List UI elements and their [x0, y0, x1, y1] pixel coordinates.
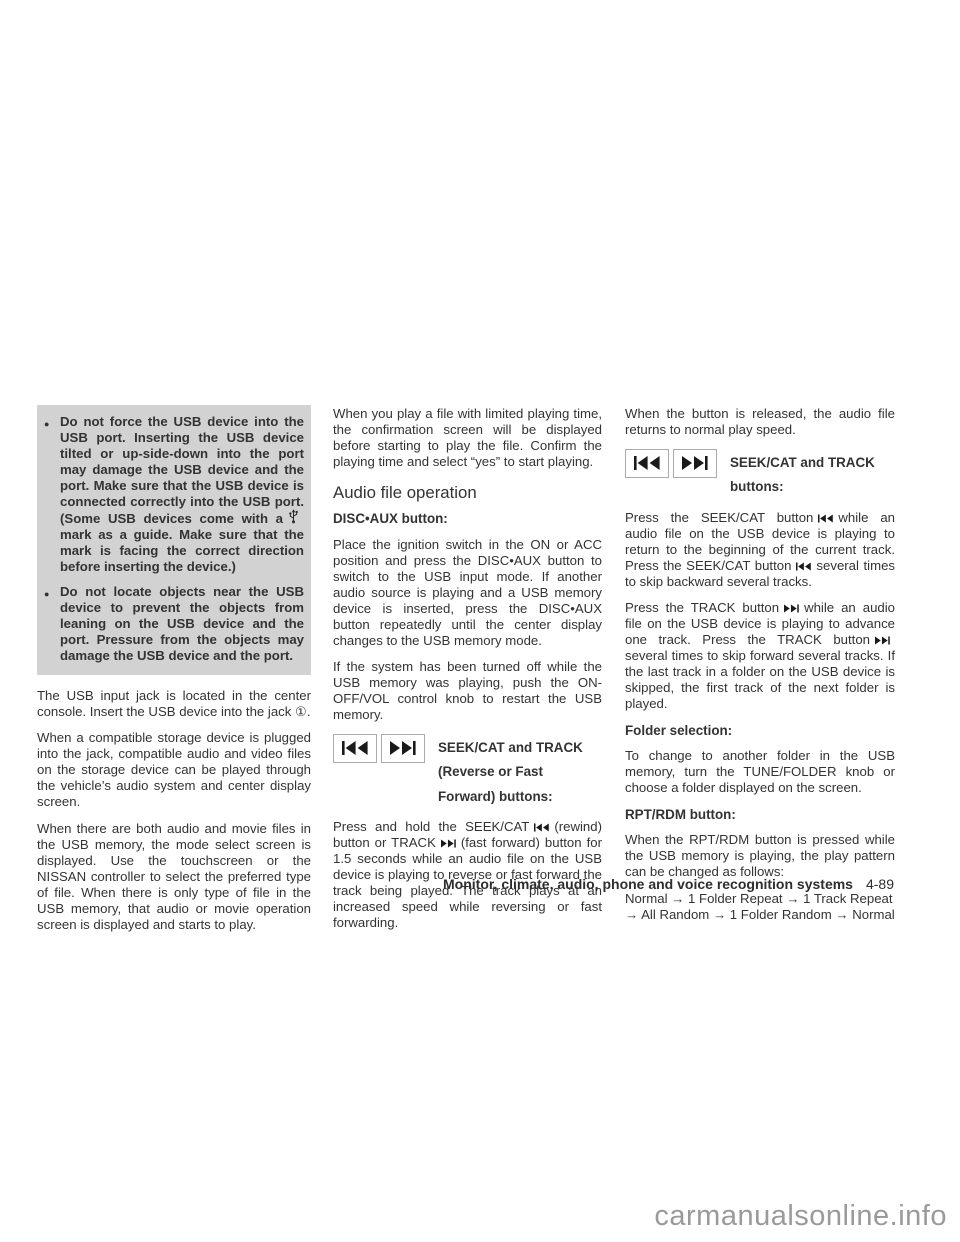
seek-track-buttons-label: SEEK/CAT and TRACK buttons: — [730, 449, 895, 500]
paragraph-press-hold-seek: Press and hold the SEEK/CAT(rewind) butt… — [333, 819, 602, 931]
footer-chapter-title: Monitor, climate, audio, phone and voice… — [443, 876, 853, 892]
warning-text: Do not locate objects near the USB devic… — [60, 584, 304, 664]
track-icon — [441, 839, 456, 848]
seek-cat-button-icon — [625, 449, 669, 478]
paragraph-track-press: Press the TRACK buttonwhile an audio fil… — [625, 600, 895, 712]
usb-icon — [288, 509, 299, 524]
paragraph-rpt-rdm: When the RPT/RDM button is pressed while… — [625, 832, 895, 880]
seek-cat-button-icon — [333, 734, 377, 763]
footer-page-number: 4-89 — [866, 876, 894, 892]
seek-track-buttons-label: SEEK/CAT and TRACK (Reverse or Fast Forw… — [438, 734, 602, 810]
bullet-icon: ● — [44, 414, 60, 575]
section-heading-audio-file-operation: Audio file operation — [333, 483, 602, 502]
paragraph-folder-selection: To change to another folder in the USB m… — [625, 748, 895, 796]
seek-track-buttons-figure: SEEK/CAT and TRACK buttons: — [625, 449, 895, 500]
column-right: When the button is released, the audio f… — [625, 406, 895, 933]
seek-icon — [534, 823, 549, 832]
paragraph-mode-select: When there are both audio and movie file… — [37, 821, 311, 933]
subhead-disc-aux-button: DISC•AUX button: — [333, 511, 602, 527]
paragraph-usb-jack-location: The USB input jack is located in the cen… — [37, 688, 311, 720]
paragraph-limited-playing-time: When you play a file with limited playin… — [333, 406, 602, 470]
watermark-text: carmanualsonline.info — [654, 1200, 947, 1233]
usb-warning-box: ● Do not force the USB device into the U… — [37, 405, 311, 675]
paragraph-seek-cat-press: Press the SEEK/CAT buttonwhile an audio … — [625, 510, 895, 590]
warning-bullet-item: ● Do not force the USB device into the U… — [44, 414, 304, 575]
page-footer: Monitor, climate, audio, phone and voice… — [443, 876, 894, 892]
seek-icon — [796, 562, 811, 571]
subhead-rpt-rdm-button: RPT/RDM button: — [625, 807, 895, 823]
warning-bullet-item: ● Do not locate objects near the USB dev… — [44, 584, 304, 664]
warning-text: Do not force the USB device into the USB… — [60, 414, 304, 575]
track-button-icon — [381, 734, 425, 763]
column-left: ● Do not force the USB device into the U… — [37, 405, 311, 943]
paragraph-restart-usb: If the system has been turned off while … — [333, 659, 602, 723]
manual-page: ● Do not force the USB device into the U… — [0, 0, 960, 1242]
bullet-icon: ● — [44, 584, 60, 664]
subhead-folder-selection: Folder selection: — [625, 723, 895, 739]
track-icon — [875, 636, 890, 645]
seek-icon — [818, 514, 833, 523]
seek-track-buttons-figure: SEEK/CAT and TRACK (Reverse or Fast Forw… — [333, 734, 602, 810]
paragraph-button-released: When the button is released, the audio f… — [625, 406, 895, 438]
track-button-icon — [673, 449, 717, 478]
paragraph-compatible-storage: When a compatible storage device is plug… — [37, 730, 311, 810]
track-icon — [784, 604, 799, 613]
paragraph-play-pattern-sequence: Normal → 1 Folder Repeat → 1 Track Repea… — [625, 891, 895, 923]
paragraph-disc-aux: Place the ignition switch in the ON or A… — [333, 537, 602, 649]
column-middle: When you play a file with limited playin… — [333, 406, 602, 942]
